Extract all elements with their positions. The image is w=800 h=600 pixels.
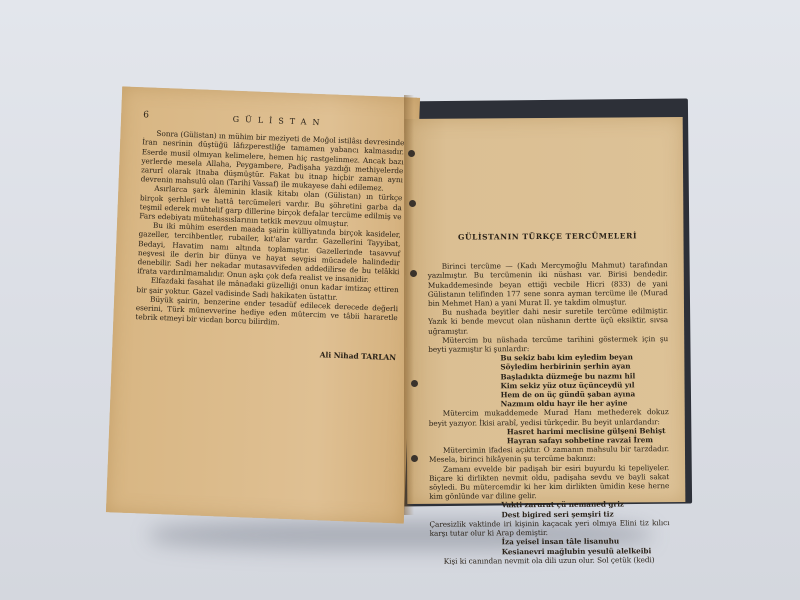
right-page: GÜLİSTANIN TÜRKÇE TERCÜMELERİ Birinci te…: [405, 117, 686, 504]
paragraph: Zamanı evvelde bir padişah bir esiri buy…: [429, 463, 669, 501]
paragraph: Sonra (Gülistan) ın mühim bir meziyeti d…: [141, 128, 405, 193]
chapter-title: GÜLİSTANIN TÜRKÇE TERCÜMELERİ: [427, 231, 667, 242]
paragraph: Mütercimin ifadesi açıktır. O zamanın ma…: [429, 444, 669, 464]
paragraph: Bu iki mühim eserden maada şairin külliy…: [137, 220, 401, 285]
binding-thread: [411, 455, 418, 462]
paragraph: Kişi ki canından nevmit ola dili uzun ol…: [430, 555, 670, 566]
paragraph: Bu nushada beyitler dahi nesir suretile …: [428, 306, 668, 335]
running-head: GÜLİSTAN: [143, 111, 405, 130]
paragraph: Çaresizlik vaktinde iri kişinin kaçacak …: [429, 518, 669, 538]
paragraph: Mütercim bu nüshada tercüme tarihini gös…: [428, 334, 668, 354]
binding-thread: [408, 150, 415, 157]
page-number: 6: [143, 111, 149, 120]
binding-thread: [410, 270, 417, 277]
author-signature: Ali Nihad TARLAN: [134, 344, 396, 363]
left-page: 6 GÜLİSTAN Sonra (Gülistan) ın mühim bir…: [106, 86, 420, 523]
paragraph: Birinci tercüme — (Kadı Mercymoğlu Mahmu…: [428, 260, 668, 308]
binding-thread: [409, 200, 416, 207]
binding-thread: [411, 380, 418, 387]
paragraph: Mütercim mukaddemede Murad Hanı metheder…: [429, 408, 669, 428]
book-gutter: [404, 95, 414, 515]
